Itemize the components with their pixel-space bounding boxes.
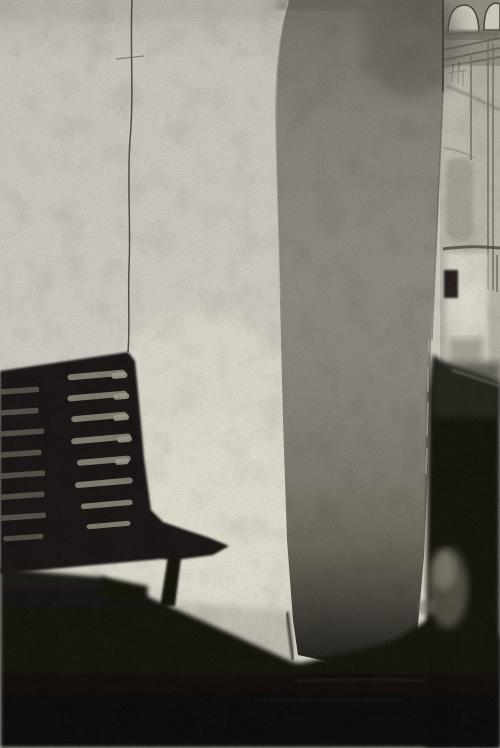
etching-artwork: Monochrome etching of an interior: a dar… [0,0,500,748]
etching-canvas [0,0,500,748]
light-speckle-texture [0,0,500,748]
